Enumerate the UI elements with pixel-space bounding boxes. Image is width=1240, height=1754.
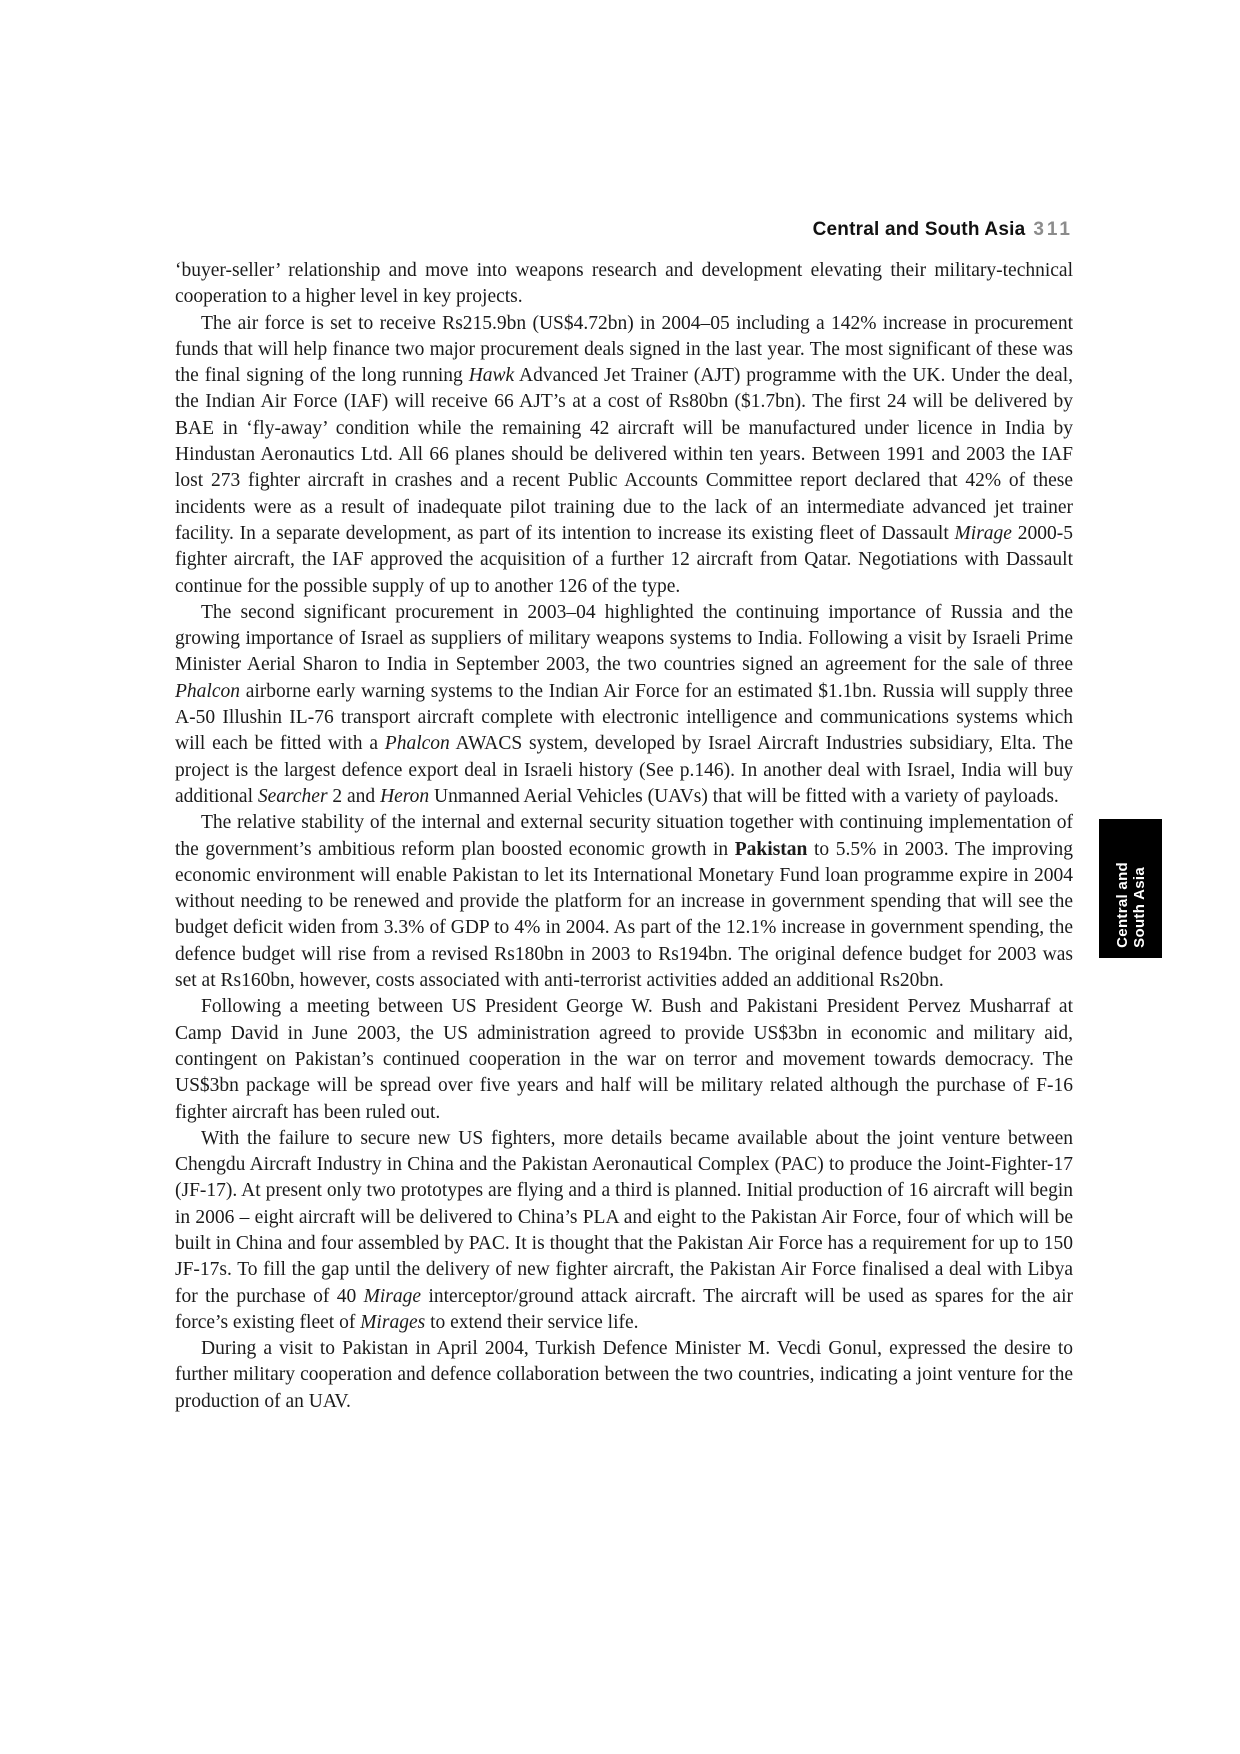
text-segment: and	[1114, 862, 1131, 894]
text-segment: Phalcon	[385, 733, 450, 754]
section-tab-line: South Asia	[1131, 862, 1148, 948]
article-body: ‘buyer-seller’ relationship and move int…	[175, 258, 1073, 1415]
text-segment: Pakistan	[735, 839, 808, 860]
text-segment: Central	[813, 219, 880, 240]
text-segment: Unmanned Aerial Vehicles (UAVs) that wil…	[429, 786, 1059, 807]
text-block: Central and South Asia311 ‘buyer-seller’…	[175, 219, 1073, 1415]
page-header-title: Central and South Asia311	[175, 219, 1073, 245]
paragraph: The relative stability of the internal a…	[175, 810, 1073, 994]
text-segment: to extend their service life.	[425, 1312, 638, 1333]
text-segment: Mirages	[360, 1312, 425, 1333]
text-segment: and	[879, 219, 924, 240]
text-segment: Mirage	[364, 1286, 421, 1307]
text-segment: Central	[1114, 894, 1131, 948]
text-segment: Advanced Jet Trainer (AJT) programme wit…	[175, 365, 1073, 544]
paragraph: ‘buyer-seller’ relationship and move int…	[175, 258, 1073, 311]
text-segment: Following a meeting between US President…	[175, 996, 1073, 1122]
paragraph: During a visit to Pakistan in April 2004…	[175, 1336, 1073, 1415]
text-segment: ‘buyer-seller’ relationship and move int…	[175, 260, 1073, 307]
paragraph: The second significant procurement in 20…	[175, 600, 1073, 810]
section-tab-line: Central and	[1114, 862, 1131, 948]
text-segment: Searcher	[258, 786, 328, 807]
paragraph: With the failure to secure new US fighte…	[175, 1126, 1073, 1336]
paragraph: The air force is set to receive Rs215.9b…	[175, 311, 1073, 600]
page-number: 311	[1033, 219, 1073, 240]
text-segment: During a visit to Pakistan in April 2004…	[175, 1338, 1073, 1412]
text-segment: South Asia	[925, 219, 1026, 240]
section-tab-text: Central andSouth Asia	[1114, 862, 1148, 948]
text-segment: Hawk	[469, 365, 515, 386]
text-segment: 2 and	[328, 786, 381, 807]
text-segment: With the failure to secure new US fighte…	[175, 1128, 1073, 1307]
text-segment: South Asia	[1131, 867, 1148, 948]
text-segment: Mirage	[955, 523, 1012, 544]
book-page: Central and South Asia311 ‘buyer-seller’…	[0, 0, 1240, 1754]
text-segment: to 5.5% in 2003. The improving economic …	[175, 839, 1073, 991]
text-segment: Heron	[380, 786, 429, 807]
section-tab: Central andSouth Asia	[1099, 819, 1162, 958]
text-segment: Phalcon	[175, 681, 240, 702]
paragraph: Following a meeting between US President…	[175, 994, 1073, 1125]
text-segment: The second significant procurement in 20…	[175, 602, 1073, 676]
